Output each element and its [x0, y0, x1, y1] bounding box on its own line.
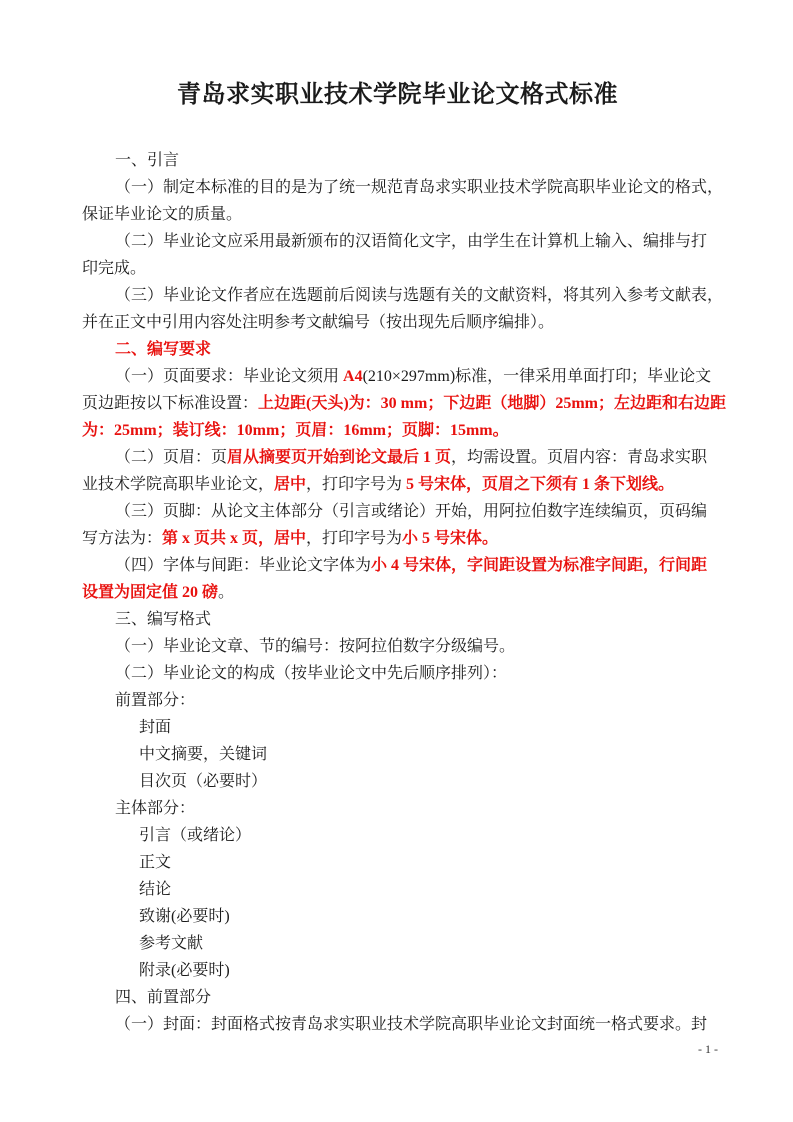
list-item: 结论 — [82, 876, 713, 903]
doc-line: 设置为固定值 20 磅。 — [82, 579, 713, 606]
doc-line: （一）封面：封面格式按青岛求实职业技术学院高职毕业论文封面统一格式要求。封 — [82, 1011, 713, 1038]
text-segment: (210×297mm)标准，一律采用单面打印；毕业论文 — [363, 368, 712, 385]
text-segment: （一）毕业论文章、节的编号：按阿拉伯数字分级编号。 — [115, 638, 515, 655]
list-item: 目次页（必要时） — [82, 768, 713, 795]
doc-line: 页边距按以下标准设置：上边距(天头)为：30 mm；下边距（地脚）25mm；左边… — [82, 390, 713, 417]
text-segment: 引言（或绪论） — [139, 827, 251, 844]
text-segment: 页边距按以下标准设置： — [82, 395, 258, 412]
text-segment: 主体部分： — [115, 800, 195, 817]
doc-line: 并在正文中引用内容处注明参考文献编号（按出现先后顺序编排）。 — [82, 309, 713, 336]
document-content: 青岛求实职业技术学院毕业论文格式标准 一、引言 （一）制定本标准的目的是为了统一… — [82, 80, 713, 1038]
line-heading-format: 三、编写格式 — [82, 606, 713, 633]
text-segment: 。 — [218, 584, 234, 601]
text-segment: 封面 — [139, 719, 171, 736]
list-item: 中文摘要，关键词 — [82, 741, 713, 768]
text-segment: 结论 — [139, 881, 171, 898]
text-segment: 中文摘要，关键词 — [139, 746, 267, 763]
text-segment: （三）页脚：从论文主体部分（引言或绪论）开始，用阿拉伯数字连续编页，页码编 — [115, 503, 707, 520]
text-segment: 居中 — [274, 476, 306, 493]
doc-line: （一）页面要求：毕业论文须用 A4(210×297mm)标准，一律采用单面打印；… — [82, 363, 713, 390]
text-segment: 写方法为： — [82, 530, 162, 547]
text-segment: 为：25mm；装订线：10mm；页眉：16mm；页脚：15mm。 — [82, 422, 509, 439]
text-segment: （一）页面要求：毕业论文须用 — [115, 368, 343, 385]
text-segment: 保证毕业论文的质量。 — [82, 206, 242, 223]
doc-line: （二）毕业论文的构成（按毕业论文中先后顺序排列）： — [82, 660, 713, 687]
page-number: - 1 - — [698, 1042, 718, 1056]
text-segment: 二、编写要求 — [115, 341, 211, 358]
text-segment: （四）字体与间距：毕业论文字体为 — [115, 557, 371, 574]
line-main-part-label: 主体部分： — [82, 795, 713, 822]
document-title: 青岛求实职业技术学院毕业论文格式标准 — [82, 80, 713, 110]
line-heading-requirements: 二、编写要求 — [82, 336, 713, 363]
doc-line: 业技术学院高职毕业论文，居中，打印字号为 5 号宋体，页眉之下须有 1 条下划线… — [82, 471, 713, 498]
document-page: 青岛求实职业技术学院毕业论文格式标准 一、引言 （一）制定本标准的目的是为了统一… — [0, 0, 793, 1122]
text-segment: （一）封面：封面格式按青岛求实职业技术学院高职毕业论文封面统一格式要求。封 — [115, 1016, 707, 1033]
text-segment: 参考文献 — [139, 935, 203, 952]
text-segment: 致谢(必要时) — [139, 908, 230, 925]
text-segment: 前置部分： — [115, 692, 195, 709]
text-segment: 正文 — [139, 854, 171, 871]
list-item: 正文 — [82, 849, 713, 876]
text-segment: A4 — [343, 368, 363, 385]
doc-line: 印完成。 — [82, 255, 713, 282]
list-item: 附录(必要时) — [82, 957, 713, 984]
list-item: 致谢(必要时) — [82, 903, 713, 930]
text-segment: 上边距(天头)为：30 mm；下边距（地脚）25mm；左边距和右边距 — [258, 395, 726, 412]
doc-line: 写方法为：第 x 页共 x 页，居中，打印字号为小 5 号宋体。 — [82, 525, 713, 552]
text-segment: （二）页眉：页 — [115, 449, 227, 466]
text-segment: 一、引言 — [115, 152, 179, 169]
line-front-part-label: 前置部分： — [82, 687, 713, 714]
list-item: 封面 — [82, 714, 713, 741]
doc-line: （二）毕业论文应采用最新颁布的汉语简化文字，由学生在计算机上输入、编排与打 — [82, 228, 713, 255]
text-segment: 小 4 号宋体，字间距设置为标准字间距，行间距 — [371, 557, 707, 574]
doc-line: 保证毕业论文的质量。 — [82, 201, 713, 228]
text-segment: 印完成。 — [82, 260, 146, 277]
text-segment: 设置为固定值 20 磅 — [82, 584, 218, 601]
text-segment: ，打印字号为 — [306, 476, 406, 493]
text-segment: 5 号宋体，页眉之下须有 1 条下划线。 — [406, 476, 674, 493]
text-segment: 目次页（必要时） — [139, 773, 267, 790]
doc-line: （四）字体与间距：毕业论文字体为小 4 号宋体，字间距设置为标准字间距，行间距 — [82, 552, 713, 579]
line-heading-intro: 一、引言 — [82, 147, 713, 174]
text-segment: （二）毕业论文的构成（按毕业论文中先后顺序排列）： — [115, 665, 507, 682]
text-segment: 四、前置部分 — [115, 989, 211, 1006]
list-item: 引言（或绪论） — [82, 822, 713, 849]
doc-line: 为：25mm；装订线：10mm；页眉：16mm；页脚：15mm。 — [82, 417, 713, 444]
doc-line: （二）页眉：页眉从摘要页开始到论文最后 1 页，均需设置。页眉内容：青岛求实职 — [82, 444, 713, 471]
text-segment: 第 x 页共 x 页，居中 — [162, 530, 306, 547]
doc-line: （一）毕业论文章、节的编号：按阿拉伯数字分级编号。 — [82, 633, 713, 660]
text-segment: ，均需设置。页眉内容：青岛求实职 — [451, 449, 707, 466]
text-segment: （二）毕业论文应采用最新颁布的汉语简化文字，由学生在计算机上输入、编排与打 — [115, 233, 707, 250]
text-segment: ，打印字号为 — [306, 530, 402, 547]
text-segment: （一）制定本标准的目的是为了统一规范青岛求实职业技术学院高职毕业论文的格式， — [115, 179, 723, 196]
doc-line: （三）页脚：从论文主体部分（引言或绪论）开始，用阿拉伯数字连续编页，页码编 — [82, 498, 713, 525]
line-heading-front-part: 四、前置部分 — [82, 984, 713, 1011]
text-segment: 眉从摘要页开始到论文最后 1 页 — [227, 449, 451, 466]
list-item: 参考文献 — [82, 930, 713, 957]
text-segment: 三、编写格式 — [115, 611, 211, 628]
doc-line: （一）制定本标准的目的是为了统一规范青岛求实职业技术学院高职毕业论文的格式， — [82, 174, 713, 201]
text-segment: 附录(必要时) — [139, 962, 230, 979]
text-segment: 业技术学院高职毕业论文， — [82, 476, 274, 493]
text-segment: 小 5 号宋体。 — [402, 530, 498, 547]
text-segment: （三）毕业论文作者应在选题前后阅读与选题有关的文献资料，将其列入参考文献表， — [115, 287, 723, 304]
doc-line: （三）毕业论文作者应在选题前后阅读与选题有关的文献资料，将其列入参考文献表， — [82, 282, 713, 309]
text-segment: 并在正文中引用内容处注明参考文献编号（按出现先后顺序编排）。 — [82, 314, 554, 331]
